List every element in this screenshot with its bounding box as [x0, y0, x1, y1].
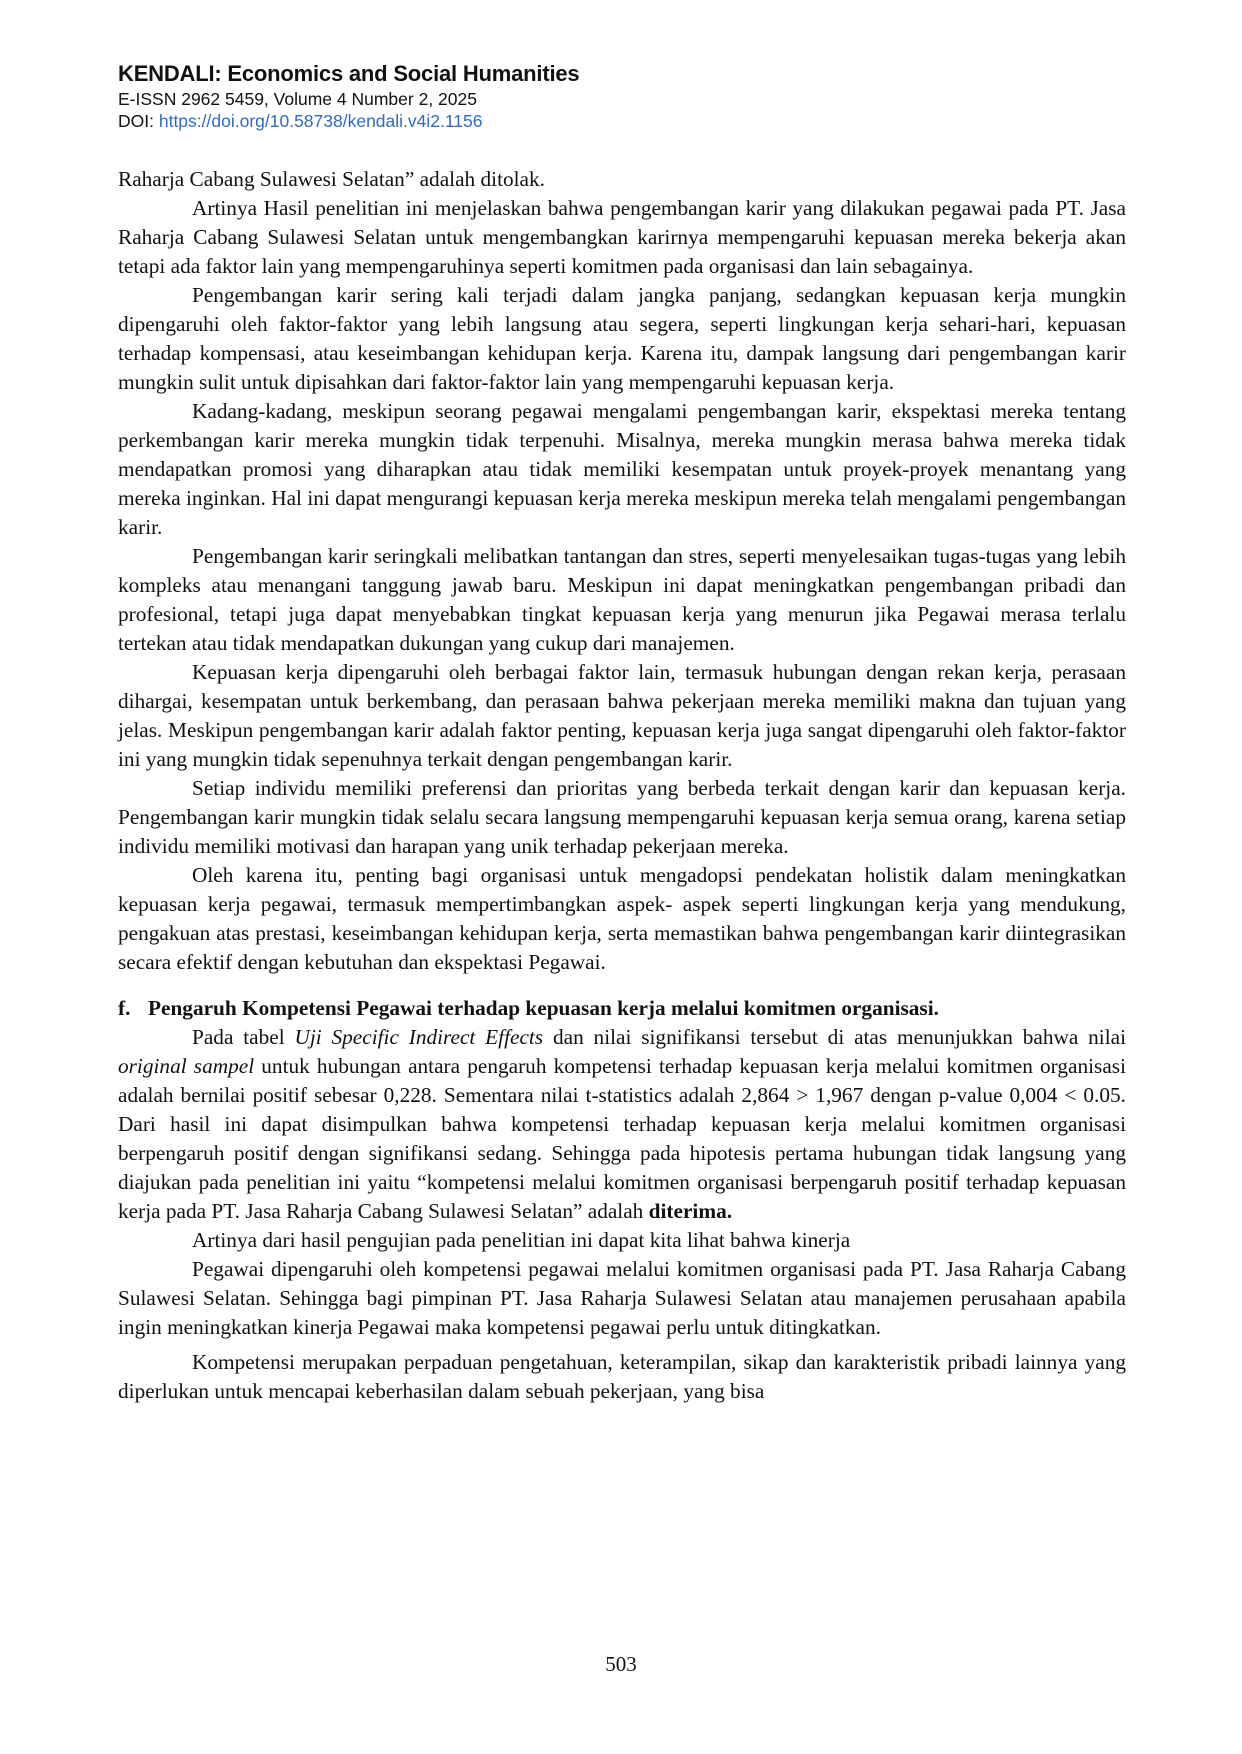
paragraph: Setiap individu memiliki preferensi dan … [118, 774, 1126, 861]
paragraph: Artinya Hasil penelitian ini menjelaskan… [118, 194, 1126, 281]
paragraph: Kepuasan kerja dipengaruhi oleh berbagai… [118, 658, 1126, 774]
text-run: dan nilai signifikansi tersebut di atas … [543, 1025, 1126, 1049]
paragraph-continuation: Raharja Cabang Sulawesi Selatan” adalah … [118, 165, 1126, 194]
doi-label: DOI: [118, 111, 159, 131]
paragraph: Oleh karena itu, penting bagi organisasi… [118, 861, 1126, 977]
section-number: f. [118, 994, 148, 1023]
paragraph-results: Pada tabel Uji Specific Indirect Effects… [118, 1023, 1126, 1226]
paragraph: Pengembangan karir seringkali melibatkan… [118, 542, 1126, 658]
paragraph: Kadang-kadang, meskipun seorang pegawai … [118, 397, 1126, 542]
italic-term: Uji Specific Indirect Effects [294, 1025, 543, 1049]
section-heading: f.Pengaruh Kompetensi Pegawai terhadap k… [118, 994, 1126, 1023]
journal-title: KENDALI: Economics and Social Humanities [118, 60, 579, 88]
paragraph: Pengembangan karir sering kali terjadi d… [118, 281, 1126, 397]
paragraph: Kompetensi merupakan perpaduan pengetahu… [118, 1348, 1126, 1406]
text-run: untuk hubungan antara pengaruh kompetens… [118, 1054, 1126, 1223]
journal-header: KENDALI: Economics and Social Humanities… [118, 60, 579, 132]
page-number: 503 [0, 1652, 1242, 1677]
section-title: Pengaruh Kompetensi Pegawai terhadap kep… [148, 996, 939, 1020]
doi-link[interactable]: https://doi.org/10.58738/kendali.v4i2.11… [159, 111, 483, 131]
article-body: Raharja Cabang Sulawesi Selatan” adalah … [118, 165, 1126, 1406]
italic-term: original sampel [118, 1054, 254, 1078]
issn-volume-info: E-ISSN 2962 5459, Volume 4 Number 2, 202… [118, 88, 579, 110]
paragraph: Pegawai dipengaruhi oleh kompetensi pega… [118, 1255, 1126, 1342]
bold-conclusion: diterima. [649, 1199, 732, 1223]
document-page: KENDALI: Economics and Social Humanities… [0, 0, 1242, 1754]
text-run: Pada tabel [192, 1025, 294, 1049]
doi-line: DOI: https://doi.org/10.58738/kendali.v4… [118, 110, 579, 132]
paragraph: Artinya dari hasil pengujian pada peneli… [118, 1226, 1126, 1255]
